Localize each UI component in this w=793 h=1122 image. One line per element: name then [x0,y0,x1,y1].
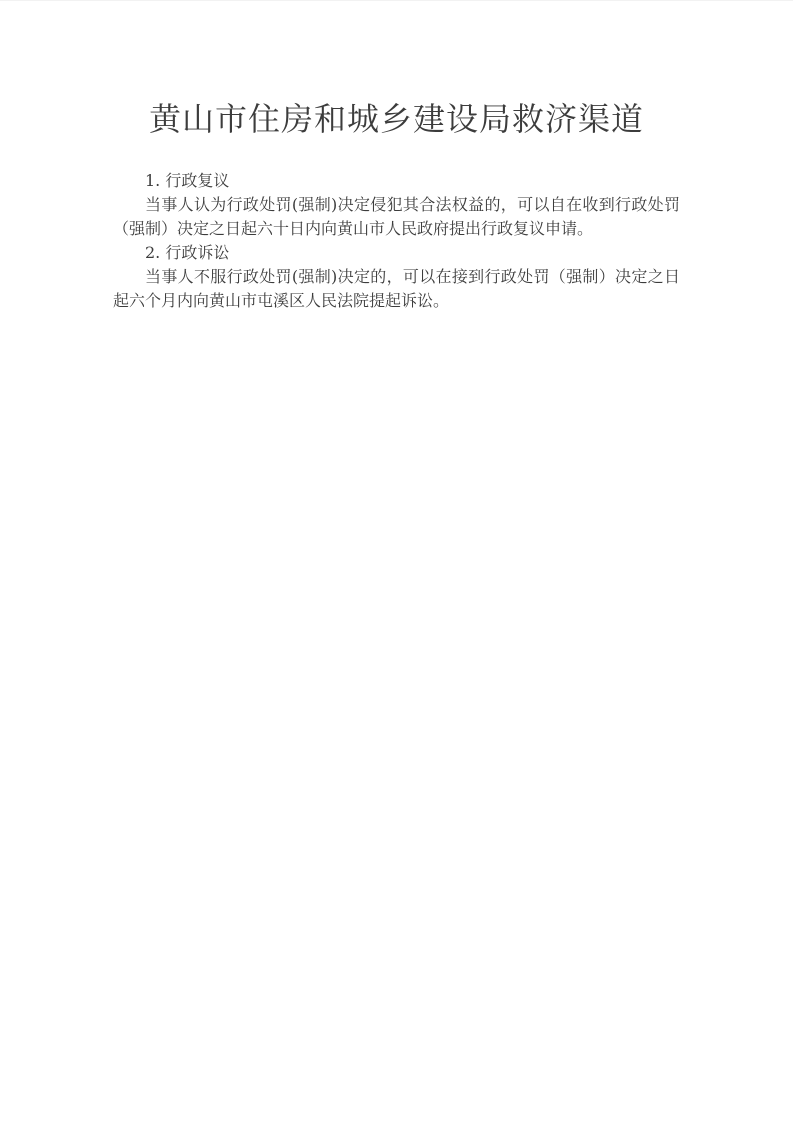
document-title: 黄山市住房和城乡建设局救济渠道 [113,98,680,140]
section-administrative-reconsideration: 1. 行政复议 当事人认为行政处罚(强制)决定侵犯其合法权益的，可以自在收到行政… [113,169,680,241]
section-administrative-litigation: 2. 行政诉讼 当事人不服行政处罚(强制)决定的，可以在接到行政处罚（强制）决定… [113,241,680,313]
section-heading-2: 2. 行政诉讼 [113,241,680,265]
document-content: 黄山市住房和城乡建设局救济渠道 1. 行政复议 当事人认为行政处罚(强制)决定侵… [113,98,680,313]
document-page: 黄山市住房和城乡建设局救济渠道 1. 行政复议 当事人认为行政处罚(强制)决定侵… [0,0,793,1122]
section-body-2: 当事人不服行政处罚(强制)决定的，可以在接到行政处罚（强制）决定之日起六个月内向… [113,265,680,313]
section-body-1: 当事人认为行政处罚(强制)决定侵犯其合法权益的，可以自在收到行政处罚（强制）决定… [113,193,680,241]
section-heading-1: 1. 行政复议 [113,169,680,193]
